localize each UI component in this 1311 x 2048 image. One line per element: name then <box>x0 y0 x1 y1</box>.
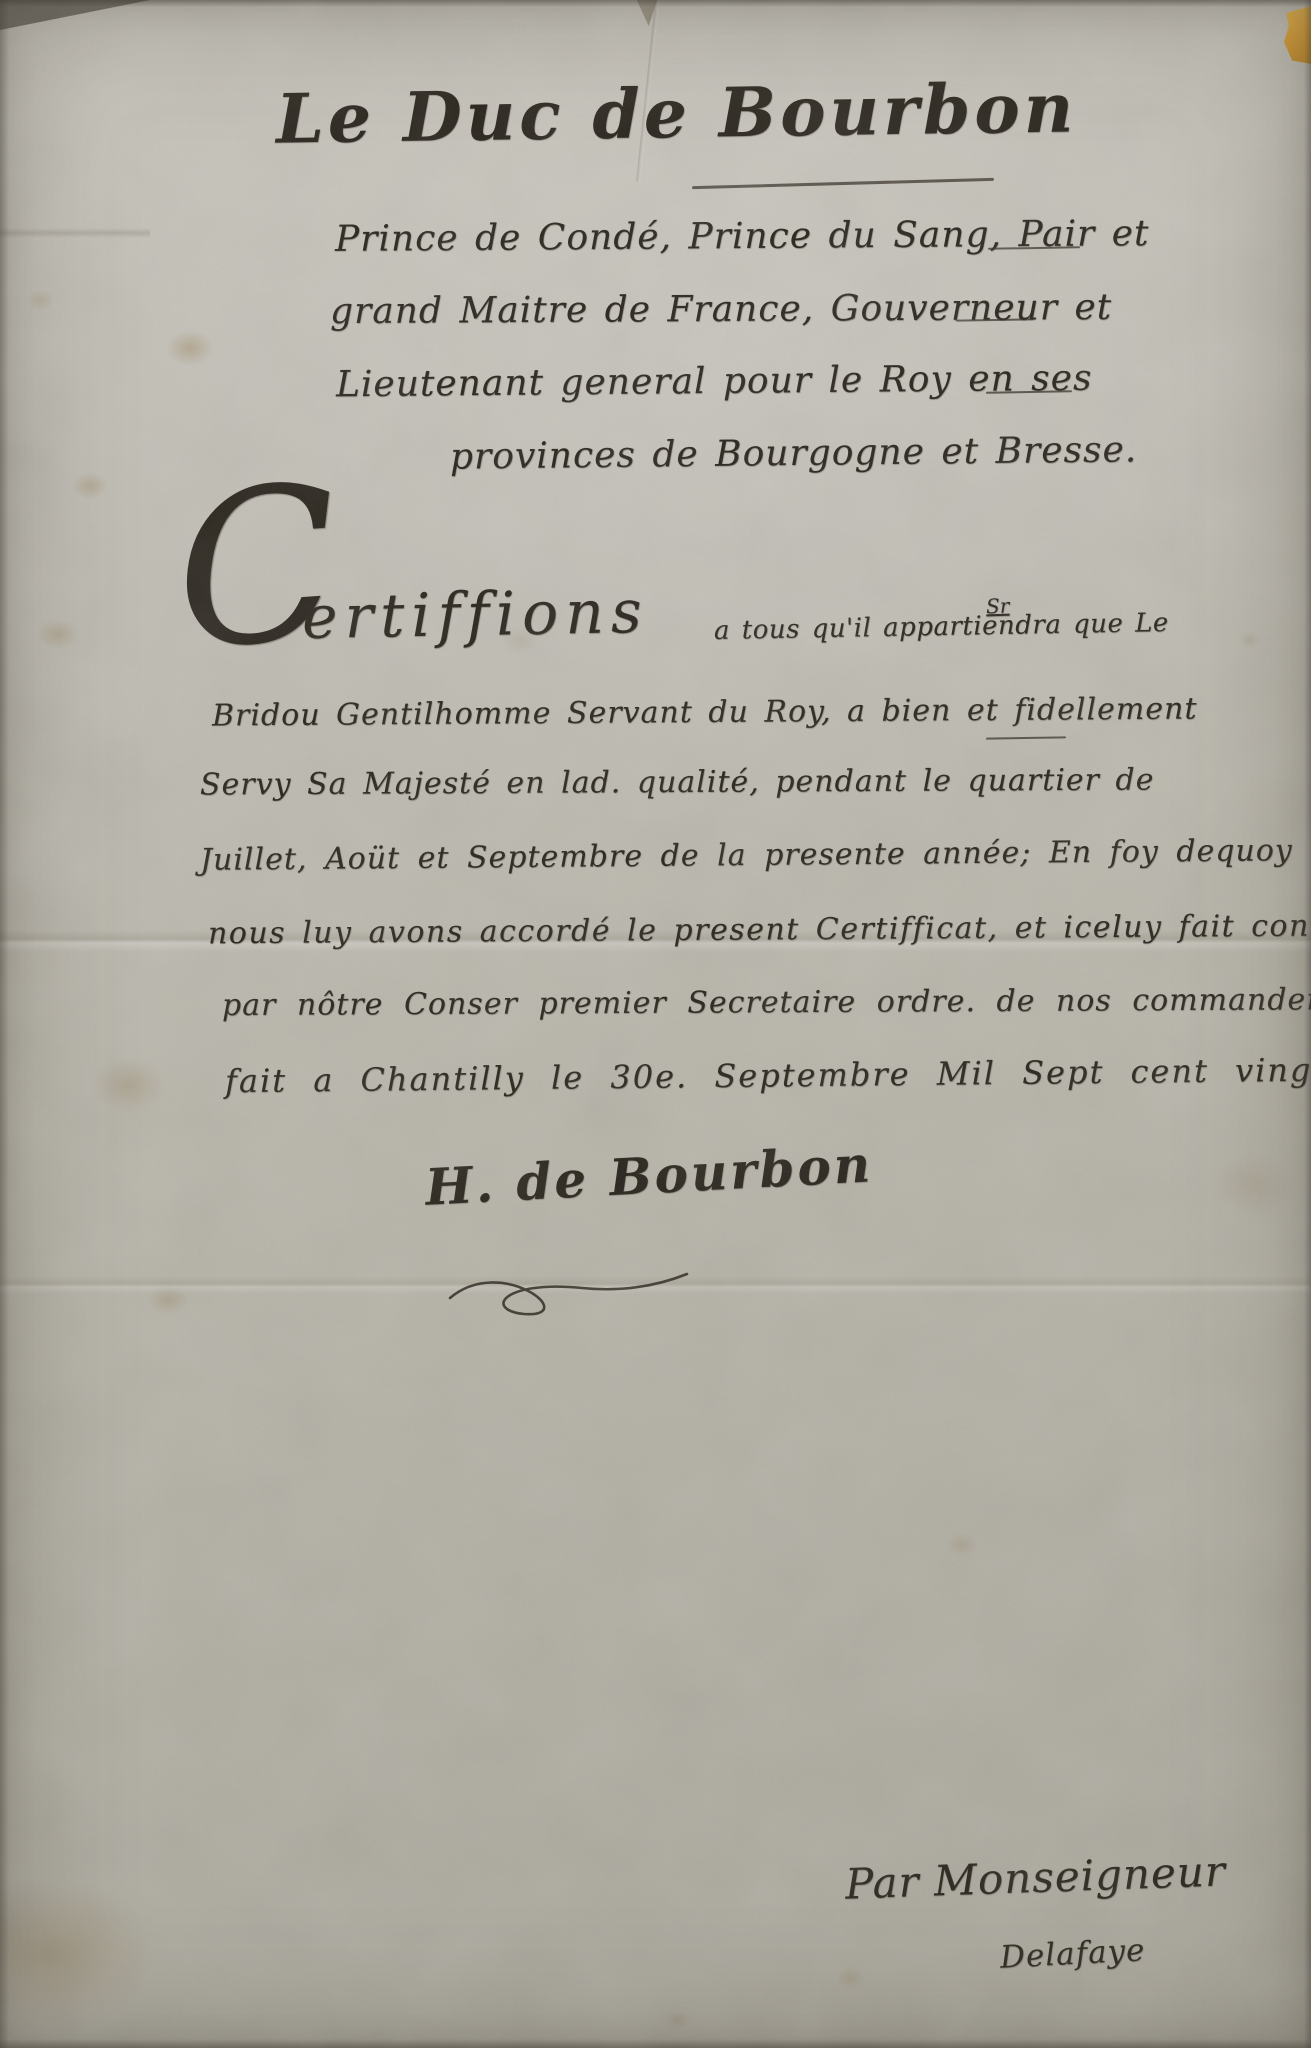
certify-opening-text: a tous qu'il appartiendra que Le <box>714 608 1169 646</box>
certify-superscript: Sr <box>986 594 1010 619</box>
fold-crease-upper-left <box>0 228 150 238</box>
edge-shadow-bottom <box>0 2039 1311 2048</box>
body-line-3: Juillet, Aoüt et Septembre de la present… <box>200 833 1293 878</box>
edge-shadow-left <box>0 0 9 2048</box>
edge-shadow-top <box>0 0 1311 7</box>
countersign-name: Delafaye <box>999 1932 1146 1976</box>
fold-crease-lower <box>0 1276 1311 1294</box>
document-title: Le Duc de Bourbon <box>275 68 1077 159</box>
body-line-6: fait a Chantilly le 30e. Septembre Mil S… <box>225 1050 1311 1100</box>
subtitle-line-1: Prince de Condé, Prince du Sang, Pair et <box>335 213 1150 260</box>
title-underline-flourish <box>692 178 994 189</box>
body-line-5: par nôtre Conser premier Secretaire ordr… <box>222 982 1311 1023</box>
body-line-4: nous luy avons accordé le present Certif… <box>208 908 1311 952</box>
signature-flourish <box>432 1252 702 1342</box>
signature: H. de Bourbon <box>424 1134 875 1216</box>
subtitle-line-4: provinces de Bourgogne et Bresse. <box>450 429 1138 477</box>
flourish-dash-4 <box>986 736 1066 739</box>
countersign-by-line: Par Monseigneur <box>844 1846 1226 1908</box>
body-line-1: Bridou Gentilhomme Servant du Roy, a bie… <box>212 692 1198 734</box>
subtitle-line-2: grand Maitre de France, Gouverneur et <box>330 287 1112 332</box>
manuscript-photo: Le Duc de Bourbon Prince de Condé, Princ… <box>0 0 1311 2048</box>
edge-shadow-right <box>1304 0 1311 2048</box>
subtitle-line-3: Lieutenant general pour le Roy en ses <box>336 358 1093 406</box>
body-line-2: Servy Sa Majesté en lad. qualité, pendan… <box>200 763 1155 803</box>
certify-word: ertiffions <box>301 577 649 653</box>
